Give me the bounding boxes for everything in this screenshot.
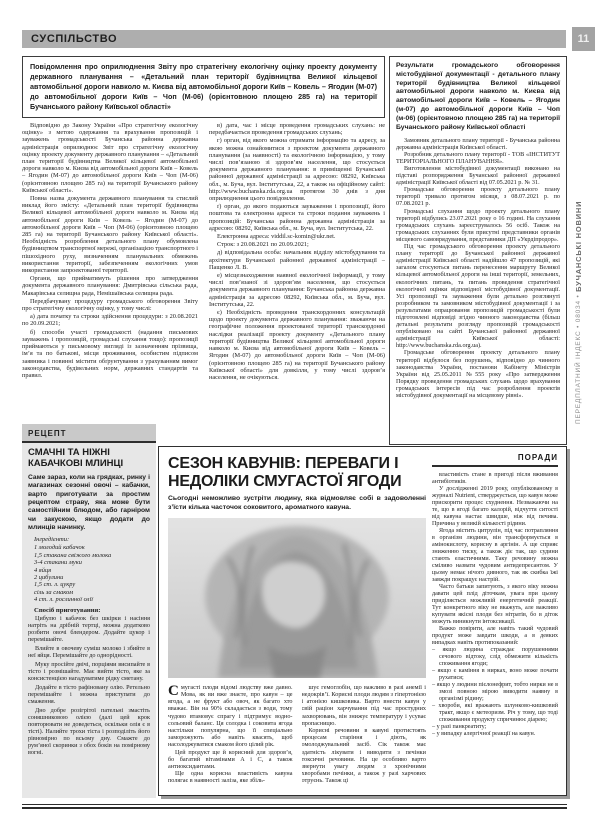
watermelon-columns: Смугасті плоди відомі людству вже давно.…: [168, 684, 426, 796]
method-paragraph: Додайте в тісто рафіновану олію. Ретельн…: [28, 684, 150, 705]
announcement-paragraph: е) місцезнаходження наявної екологічної …: [209, 272, 385, 308]
recipe-panel: РЕЦЕПТ СМАЧНІ ТА НІЖНІ КАБАЧКОВІ МЛИНЦІ …: [22, 424, 156, 798]
watermelon-subtitle: Сьогодні неможливо зустріти людину, яка …: [168, 495, 426, 513]
method-paragraph: Цибулю і кабачок без шкірки і насіння на…: [28, 615, 150, 643]
announcement-column-1: Відповідно до Закону України «Про страте…: [22, 122, 198, 420]
tips-list-item: – якщо у людини пієлонефрит, тобто нирки…: [432, 682, 558, 703]
tips-body: властивість стане в пригоді після вживан…: [432, 472, 558, 738]
ingredient-item: 1,5 ст. л. цукру: [34, 581, 150, 588]
ingredient-item: 1 молодий кабачок: [34, 544, 150, 551]
announcement-paragraph: Повна назва документа державного планува…: [22, 195, 198, 274]
announcement-headline: Повідомлення про оприлюднення Звіту про …: [30, 62, 377, 111]
tips-list-item: – у випадку алергічної реакції на кавун.: [432, 731, 558, 738]
tips-list-item: – якщо є каміння в нирках, воно може поч…: [432, 668, 558, 682]
child-with-watermelon-photo: [168, 518, 426, 678]
announcement-paragraph: Строк: з 20.08.2021 по 20.09.2021;: [209, 241, 385, 248]
page-number-badge: 11: [572, 27, 595, 51]
tips-list-item: – у разі панкреатиту;: [432, 724, 558, 731]
method-paragraph: Влийте в овочеву суміш молоко і збийте в…: [28, 645, 150, 659]
announcement-paragraph: г) орган, від якого можна отримати інфор…: [209, 137, 385, 202]
results-paragraph: Замовник детального плану території - Бу…: [396, 137, 560, 151]
announcement-paragraph: в) дата, час і місце проведення громадсь…: [209, 122, 385, 136]
watermelon-column-1: Смугасті плоди відомі людству вже давно.…: [168, 684, 293, 796]
tips-paragraph: Ягода містить цитрулін, під час потрапля…: [432, 528, 558, 584]
method-paragraph: Муку просійте двічі, порціями висипайте …: [28, 661, 150, 682]
watermelon-column-2: шує гемоглобін, що важливо в разі анемії…: [302, 684, 427, 796]
tips-paragraph: У дослідженні 2019 року, опублікованому …: [432, 486, 558, 528]
feature-box: СЕЗОН КАВУНІВ: ПЕРЕВАГИ І НЕДОЛІКИ СМУГА…: [158, 446, 567, 796]
ingredient-item: сіль за смаком: [34, 589, 150, 596]
announcement-paragraph: Органи, що прийматимуть рішення про затв…: [22, 275, 198, 297]
recipe-lead: Саме зараз, коли на грядках, ринку і маг…: [28, 474, 150, 533]
results-paragraph: Громадське обговорення проекту детальног…: [396, 349, 560, 399]
ingredients-label: Інгредієнти:: [34, 536, 150, 543]
section-header-bar: СУСПІЛЬСТВО: [22, 30, 566, 48]
ingredient-item: 4 яйця: [34, 567, 150, 574]
watermelon-paragraph: Смугасті плоди відомі людству вже давно.…: [168, 684, 293, 749]
page-number: 11: [578, 33, 590, 45]
drop-cap: С: [168, 684, 181, 697]
newspaper-page: СУСПІЛЬСТВО 11 ПЕРЕДПЛАТНИЙ ІНДЕКС • 080…: [0, 0, 600, 830]
method-label: Спосіб приготування:: [34, 607, 150, 614]
watermelon-paragraph: Ще одна корисна властивість кавуна поляг…: [168, 770, 293, 784]
method-steps: Цибулю і кабачок без шкірки і насіння на…: [28, 615, 150, 756]
announcement-paragraph: Електронна адреса: viddil.sc-komin@ukr.n…: [209, 233, 385, 240]
method-paragraph: Дно добре розігрітої пательні змастіть с…: [28, 707, 150, 756]
results-paragraph: Виготовлення містобудівної документації …: [396, 165, 560, 186]
announcement-paragraph: є) Необхідність проведення транскордонни…: [209, 309, 385, 381]
announcement-headline-box: Повідомлення про оприлюднення Звіту про …: [22, 56, 385, 118]
ingredient-item: 4 ст. л. рослинної олії: [34, 596, 150, 603]
announcement-paragraph: д) відповідальна особа: начальник відділ…: [209, 249, 385, 271]
announcement-paragraph: а) дата початку та строки здійснення про…: [22, 313, 198, 327]
watermelon-paragraph: Цей продукт ще й корисний для здоров’я, …: [168, 749, 293, 771]
ingredients-list: 1 молодий кабачок1,5 стакана свіжого мол…: [28, 544, 150, 603]
ingredient-item: 2 цибулини: [34, 574, 150, 581]
announcement-column-2: в) дата, час і місце проведення громадсь…: [209, 122, 385, 420]
spine-vertical-text: ПЕРЕДПЛАТНИЙ ІНДЕКС • 08034 • БУЧАНСЬКІ …: [574, 56, 594, 424]
results-body: Замовник детального плану території - Бу…: [396, 137, 560, 399]
tips-paragraph: Важко повірити, але навіть такий чудовий…: [432, 626, 558, 647]
watermelon-article: СЕЗОН КАВУНІВ: ПЕРЕВАГИ І НЕДОЛІКИ СМУГА…: [168, 455, 426, 796]
announcement-paragraph: Передбачувану процедуру громадського обг…: [22, 298, 198, 312]
announcement-paragraph: б) способи участі громадськості (надання…: [22, 329, 198, 379]
tips-paragraphs: властивість стане в пригоді після вживан…: [432, 472, 558, 647]
tips-column: ПОРАДИ властивість стане в пригоді після…: [432, 453, 558, 789]
results-paragraph: Громадські слухання щодо проекту детальн…: [396, 208, 560, 243]
tips-list-item: – хвороби, які вражають шлунково-кишкови…: [432, 703, 558, 724]
ingredient-item: 1,5 стакана свіжого молока: [34, 552, 150, 559]
watermelon-paragraph: шує гемоглобін, що важливо в разі анемії…: [302, 684, 427, 727]
tips-warning-list: – якщо людина страждає порушеннями сечов…: [432, 647, 558, 738]
tips-paragraph: Часто батьки запитують, з якого віку мож…: [432, 584, 558, 626]
watermelon-paragraph: Корисні речовини в кавуні протистоять пр…: [302, 727, 427, 785]
recipe-headline: СМАЧНІ ТА НІЖНІ КАБАЧКОВІ МЛИНЦІ: [28, 447, 150, 470]
announcement-paragraph: Відповідно до Закону України «Про страте…: [22, 122, 198, 194]
subscription-index-text: ПЕРЕДПЛАТНИЙ ІНДЕКС • 08034 •: [575, 292, 582, 424]
recipe-kicker: РЕЦЕПТ: [22, 424, 156, 443]
watermelon-headline: СЕЗОН КАВУНІВ: ПЕРЕВАГИ І НЕДОЛІКИ СМУГА…: [168, 455, 426, 490]
results-paragraph: Під час громадського обговорення проекту…: [396, 243, 560, 349]
section-label: СУСПІЛЬСТВО: [31, 33, 117, 45]
page-bottom-rule: [22, 804, 567, 809]
tips-kicker: ПОРАДИ: [432, 453, 558, 467]
results-paragraph: Громадське обговорення проекту детальног…: [396, 186, 560, 207]
results-headline: Результати громадського обговорення міст…: [396, 62, 560, 133]
ingredient-item: 3-4 стакани муки: [34, 559, 150, 566]
watermelon-column-1-rest: Цей продукт ще й корисний для здоров’я, …: [168, 749, 293, 785]
tips-list-item: – якщо людина страждає порушеннями сечов…: [432, 647, 558, 668]
newspaper-brand: БУЧАНСЬКІ НОВИНИ: [574, 201, 583, 292]
watermelon-first-text: мугасті плоди відомі людству вже давно. …: [168, 684, 293, 749]
results-box: Результати громадського обговорення міст…: [389, 56, 567, 445]
results-paragraph: Розробник детального плану території - Т…: [396, 151, 560, 165]
tips-paragraph: властивість стане в пригоді після вживан…: [432, 472, 558, 486]
announcement-body: Відповідно до Закону України «Про страте…: [22, 122, 385, 420]
announcement-paragraph: ґ) орган, до якого подаються зауваження …: [209, 203, 385, 232]
